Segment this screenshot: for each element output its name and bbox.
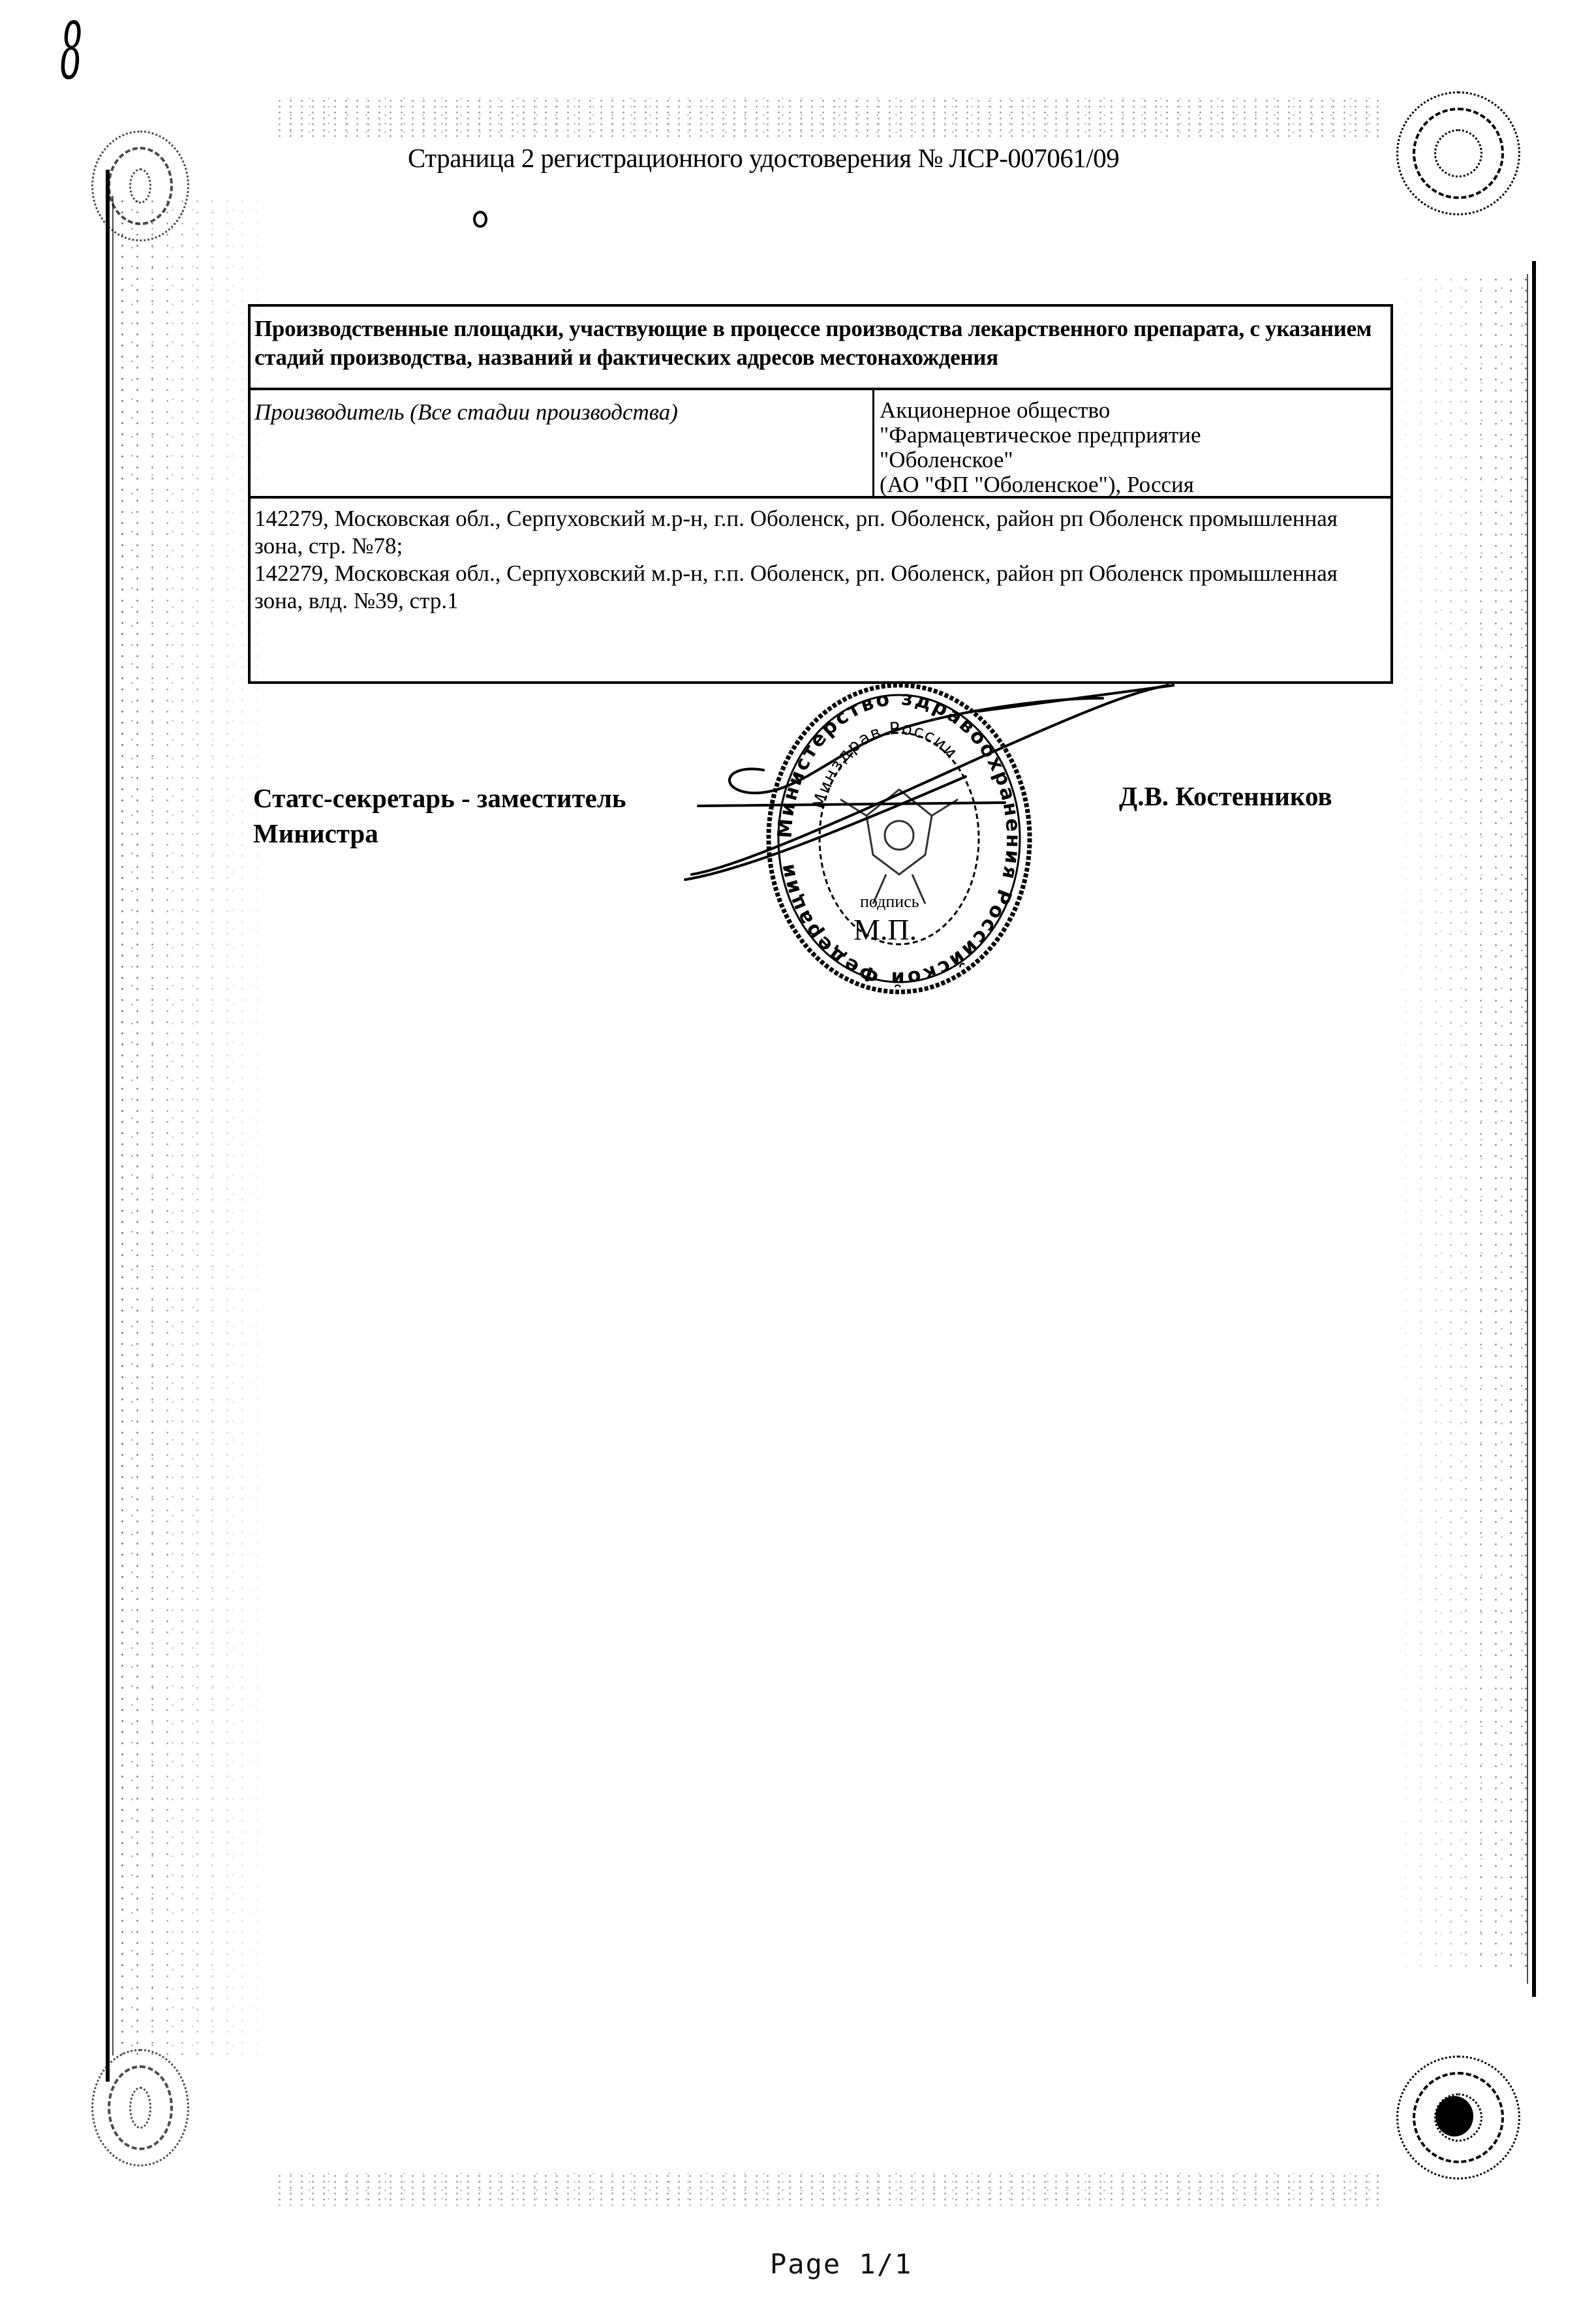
rosette-ornament-icon [91, 2049, 189, 2166]
rosette-ornament-icon [1396, 91, 1520, 215]
top-guilloche-strip [274, 98, 1383, 137]
stamp-mp-label: М.П. [853, 913, 917, 946]
position-line: Статс-секретарь - заместитель [253, 780, 626, 816]
manufacturer-company: Акционерное общество "Фармацевтическое п… [874, 390, 1390, 496]
left-border-inner-line [112, 196, 114, 2056]
site-address: 142279, Московская обл., Серпуховский м.… [254, 560, 1387, 615]
signatory-position: Статс-секретарь - заместитель Министра [253, 780, 626, 851]
left-border-line [106, 170, 110, 2082]
stamp-sign-label: подпись [860, 892, 919, 911]
company-line: (АО "ФП "Оболенское"), Россия [880, 472, 1385, 497]
manufacturer-row: Производитель (Все стадии производства) … [251, 390, 1390, 499]
right-guilloche-pattern [1383, 274, 1527, 1971]
punch-hole-icon [1435, 2096, 1473, 2136]
company-line: Акционерное общество [880, 398, 1385, 423]
table-heading: Производственные площадки, участвующие в… [251, 307, 1390, 390]
right-border-line [1532, 261, 1536, 1997]
company-line: "Фармацевтическое предприятие [880, 423, 1385, 448]
manufacturer-role: Производитель (Все стадии производства) [251, 390, 874, 496]
production-sites-table: Производственные площадки, участвующие в… [248, 304, 1393, 684]
company-line: "Оболенское" [880, 448, 1385, 472]
page-title: Страница 2 регистрационного удостоверени… [408, 142, 1119, 174]
bottom-guilloche-strip [274, 2173, 1383, 2206]
site-address: 142279, Московская обл., Серпуховский м.… [254, 505, 1387, 560]
circle-mark-icon [473, 211, 487, 228]
handwritten-page-number: 8 [60, 13, 82, 91]
position-line: Министра [253, 816, 626, 851]
right-border-inner-line [1527, 274, 1528, 1984]
handwritten-signature [679, 672, 1174, 881]
print-page-label: Page 1/1 [770, 2248, 912, 2280]
address-row: 142279, Московская обл., Серпуховский м.… [251, 499, 1390, 681]
rosette-ornament-icon [91, 131, 189, 241]
